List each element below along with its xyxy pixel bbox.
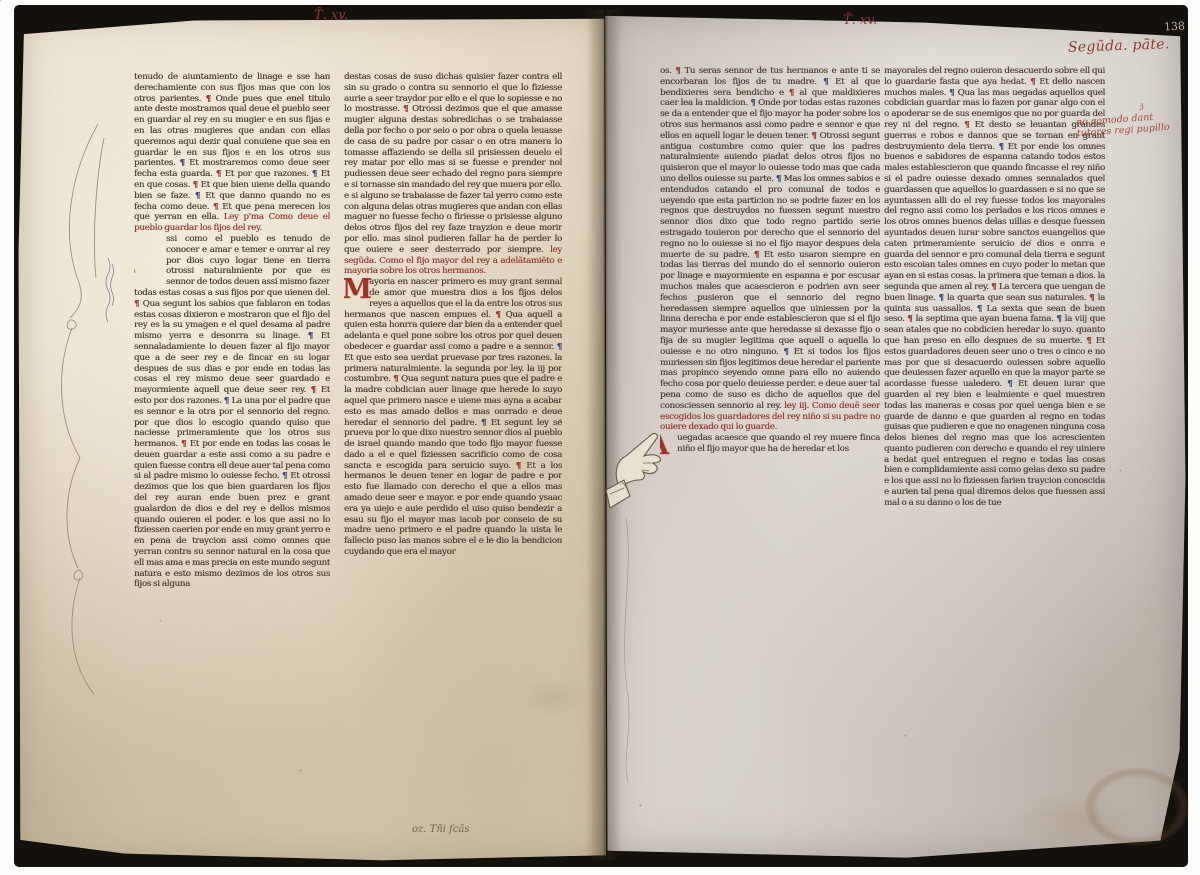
text-run: uegadas acaesce que quando el rey muere … [677,433,880,454]
text-run: ¶ [516,461,527,471]
text-run: ¶ [998,142,1007,152]
margin-flourish-drawing [52,118,118,703]
text-run: ¶ [754,250,764,260]
text-run: ¶ [964,120,974,130]
text-block: tenudo de aiuntamiento de linage e sse h… [134,72,330,234]
text-run: ¶ [949,88,957,98]
text-run: Et por ende los omnes buenos e sabidores… [884,142,1105,292]
running-title-left: T̃. xv. [314,8,348,23]
text-run: ¶ [1089,293,1097,303]
manuscript-photo: T̃. xv. T̃. xv. Segũda. pãte. 138 ɔ̃ no … [0,0,1200,875]
text-run: ¶ [308,331,321,341]
text-run: Et esto usaron siempre en todas las tier… [660,250,880,357]
text-column-right-2: mayorales del regno ouieron desacuerdo s… [884,66,1105,711]
text-run: Qua segunt los sabios que fablaron en to… [134,299,330,341]
text-run: seer desterrado por siempre. [410,245,550,255]
text-run: la septima que ayan buena fama. [916,314,1057,324]
text-block: destas cosas de suso dichas quisier faze… [344,72,562,277]
text-run: ¶ [557,342,562,352]
folio-number: 138 [1164,19,1186,33]
running-title-right: T̃. xv. [843,13,877,28]
text-run: ¶ [823,77,835,87]
text-run: ¶ [282,471,290,481]
text-block: mayorales del regno ouieron desacuerdo s… [884,66,1105,509]
text-block: Assi como el pueblo es tenudo de conocer… [134,234,330,590]
text-run: ¶ [776,174,784,184]
illuminated-initial: A [134,235,162,287]
text-run: ¶ [481,418,491,428]
text-run: Et por que razones. [225,169,312,179]
text-run: Et a los hermanos le deuen tener en loga… [344,461,562,557]
text-run: Et deuen iurar que guarden al rey bien e… [884,379,1105,508]
text-run: ¶ [216,169,225,179]
text-block: os. ¶ Tu seras sennor de tus hermanos e … [660,66,880,433]
text-run: ¶ [977,304,987,314]
text-column-left-1: tenudo de aiuntamiento de linage e sse h… [134,72,330,690]
manicule-icon [604,426,688,786]
text-run: os. [660,66,675,76]
text-run: ¶ [393,374,401,384]
text-run: ¶ [311,385,321,395]
text-run: ¶ [750,98,758,108]
text-run: ¶ [789,88,799,98]
text-run: ¶ [1030,77,1039,87]
text-run: ¶ [991,282,999,292]
text-run: ¶ [938,293,946,303]
text-run: Otrossi dezimos que el que amasse mugier… [344,104,562,254]
text-block: Mayoria en nascer primero es muy grant s… [344,277,562,558]
text-run: ¶ [783,347,793,357]
text-run: ¶ [312,169,321,179]
text-run: ¶ [403,104,412,114]
catchword: oz. Tñi ſcãs [412,824,470,835]
text-column-left-2: destas cosas de suso dichas quisier faze… [344,72,562,694]
text-column-right-1: os. ¶ Tu seras sennor de tus hermanos e … [660,66,880,718]
parchment-specks [0,0,1,1]
text-run: ¶ [206,94,216,104]
text-run: ¶ [907,314,915,324]
text-run: ¶ [224,396,232,406]
text-run: Onde pues que enel titulo ante deste mos… [134,94,330,169]
text-run: ¶ [495,310,505,320]
text-run: ¶ [213,202,222,212]
text-run: ssi como el pueblo es tenudo de conocer … [134,234,330,298]
text-run: ¶ [1056,314,1064,324]
text-run: ¶ [1086,336,1096,346]
text-block: Auegadas acaesce que quando el rey muere… [660,433,880,455]
text-run: ¶ [675,66,684,76]
text-run: ¶ [180,158,190,168]
text-run: la quarta que sean sus naturales. [947,293,1089,303]
text-run: ¶ [134,299,143,309]
text-run: ¶ [195,191,205,201]
text-run: ¶ [1007,379,1018,389]
text-run: ¶ [181,439,190,449]
text-run: Mas los omnes sabios e entendudos catand… [660,174,880,260]
text-run: ¶ [193,180,201,190]
text-run: Et otrossi dezimos que los que bien guar… [134,471,330,589]
illuminated-initial: M [344,277,366,307]
